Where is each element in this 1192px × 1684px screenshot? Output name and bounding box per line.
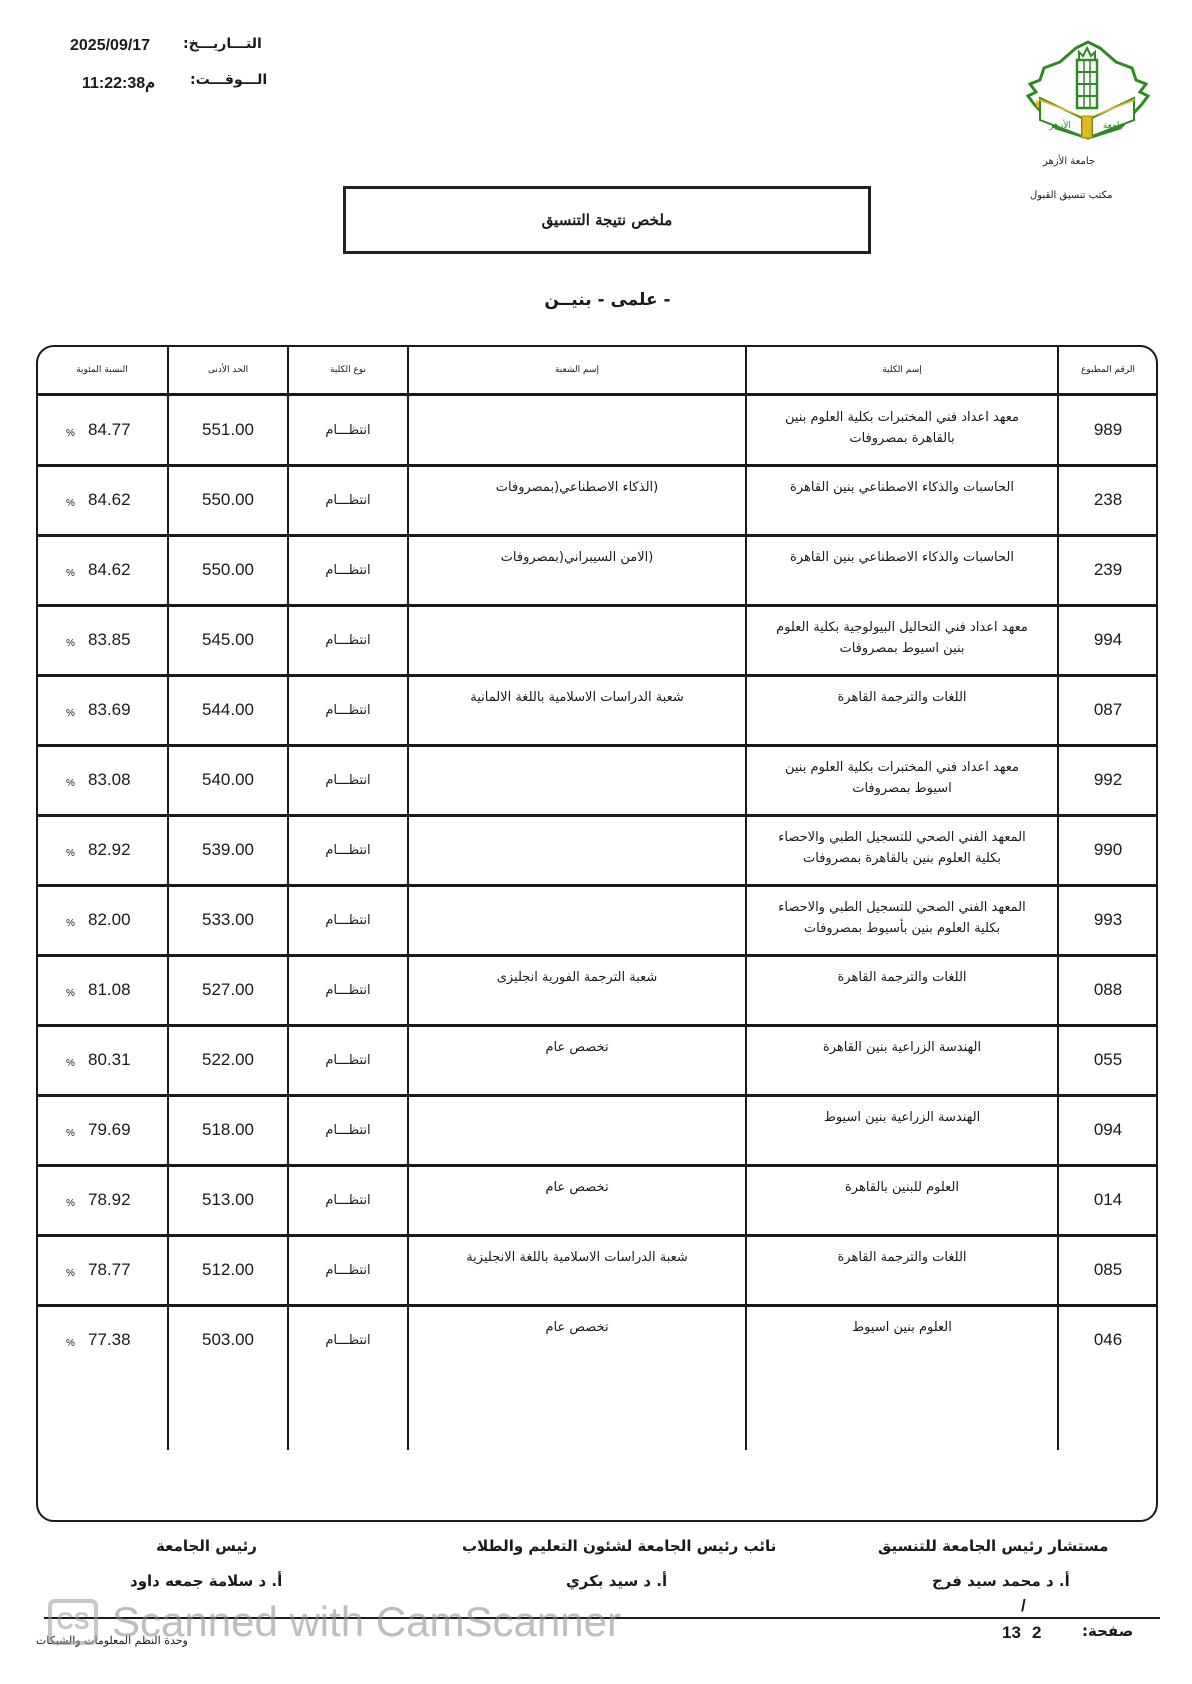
cell-type: انتظـــام [288, 605, 408, 675]
cell-percent: % 83.69 [36, 675, 168, 745]
table-row: 992 معهد اعداد فني المختبرات بكلية العلو… [36, 745, 1158, 815]
cell-code: 055 [1058, 1025, 1158, 1095]
logo-text-left: الأزهر [1048, 119, 1071, 131]
cell-percent: % 83.08 [36, 745, 168, 815]
cell-min-score: 550.00 [168, 465, 288, 535]
page-current: 2 [1032, 1623, 1041, 1643]
percent-value: 84.62 [88, 560, 131, 580]
cell-college: الحاسبات والذكاء الاصطناعي بنين القاهرة [746, 535, 1058, 605]
cell-min-score: 527.00 [168, 955, 288, 1025]
percent-sign: % [66, 1198, 88, 1209]
cell-code: 087 [1058, 675, 1158, 745]
percent-sign: % [66, 848, 88, 859]
cell-min-score: 503.00 [168, 1305, 288, 1375]
percent-sign: % [66, 988, 88, 999]
cell-code: 094 [1058, 1095, 1158, 1165]
cell-min-score: 512.00 [168, 1235, 288, 1305]
cell-percent: % 81.08 [36, 955, 168, 1025]
cell-division [408, 605, 746, 675]
cell-college: اللغات والترجمة القاهرة [746, 1235, 1058, 1305]
cell-type: انتظـــام [288, 1165, 408, 1235]
cell-code: 989 [1058, 395, 1158, 465]
cell-code: 088 [1058, 955, 1158, 1025]
title-box: ملخص نتيجة التنسيق [343, 186, 871, 254]
table-row: 094 الهندسة الزراعية بنين اسيوط انتظـــا… [36, 1095, 1158, 1165]
subtitle: - علمى - بنيــن [0, 290, 1192, 310]
percent-value: 82.92 [88, 840, 131, 860]
percent-value: 83.85 [88, 630, 131, 650]
column-header-division: إسم الشعبة [408, 345, 746, 395]
cell-division [408, 395, 746, 465]
cell-college: معهد اعداد فني المختبرات بكلية العلوم بن… [746, 395, 1058, 465]
org-name: جامعة الأزهر [1043, 156, 1095, 167]
percent-sign: % [66, 918, 88, 929]
percent-sign: % [66, 428, 88, 439]
cell-division: (الامن السيبراني(بمصروفات [408, 535, 746, 605]
cell-college: الهندسة الزراعية بنين القاهرة [746, 1025, 1058, 1095]
table-row: 994 معهد اعداد فني التحاليل البيولوجية ب… [36, 605, 1158, 675]
percent-value: 77.38 [88, 1330, 131, 1350]
cell-college: العلوم بنين اسيوط [746, 1305, 1058, 1375]
percent-value: 79.69 [88, 1120, 131, 1140]
signature-title: مستشار رئيس الجامعة للتنسيق [878, 1537, 1108, 1555]
cell-type: انتظـــام [288, 1305, 408, 1375]
table-row: 088 اللغات والترجمة القاهرة شعبة الترجمة… [36, 955, 1158, 1025]
cell-type: انتظـــام [288, 885, 408, 955]
signature-title: نائب رئيس الجامعة لشئون التعليم والطلاب [462, 1537, 776, 1555]
percent-sign: % [66, 708, 88, 719]
cell-division: شعبة الترجمة الفورية انجليزى [408, 955, 746, 1025]
table-row: 989 معهد اعداد فني المختبرات بكلية العلو… [36, 395, 1158, 465]
page-label: صفحة: [1082, 1622, 1133, 1640]
column-header-percent: النسبة المئوية [36, 345, 168, 395]
cell-type: انتظـــام [288, 745, 408, 815]
percent-sign: % [66, 568, 88, 579]
cell-percent: % 80.31 [36, 1025, 168, 1095]
cell-min-score: 518.00 [168, 1095, 288, 1165]
percent-sign: % [66, 1058, 88, 1069]
watermark-text: Scanned with CamScanner [112, 1598, 621, 1646]
time-label: الـــوقـــت: [190, 72, 267, 88]
table-row: 046 العلوم بنين اسيوط تخصص عام انتظـــام… [36, 1305, 1158, 1375]
percent-sign: % [66, 498, 88, 509]
logo-text-right: جامعة [1103, 121, 1125, 131]
signature-name: أ. د سيد بكري [566, 1572, 667, 1590]
table-row: 239 الحاسبات والذكاء الاصطناعي بنين القا… [36, 535, 1158, 605]
footer-slash: / [1021, 1596, 1026, 1616]
cell-min-score: 522.00 [168, 1025, 288, 1095]
cell-college: اللغات والترجمة القاهرة [746, 675, 1058, 745]
cell-percent: % 82.92 [36, 815, 168, 885]
cell-percent: % 84.62 [36, 465, 168, 535]
cell-percent: % 79.69 [36, 1095, 168, 1165]
cell-percent: % 82.00 [36, 885, 168, 955]
percent-value: 83.08 [88, 770, 131, 790]
signature-title: رئيس الجامعة [156, 1537, 257, 1555]
cell-type: انتظـــام [288, 465, 408, 535]
time-value: م11:22:38 [82, 73, 155, 93]
percent-value: 83.69 [88, 700, 131, 720]
cell-college: الهندسة الزراعية بنين اسيوط [746, 1095, 1058, 1165]
cell-min-score: 545.00 [168, 605, 288, 675]
percent-value: 84.62 [88, 490, 131, 510]
percent-sign: % [66, 638, 88, 649]
cell-division: (الذكاء الاصطناعي(بمصروفات [408, 465, 746, 535]
cell-college: اللغات والترجمة القاهرة [746, 955, 1058, 1025]
cell-code: 990 [1058, 815, 1158, 885]
table-row: 238 الحاسبات والذكاء الاصطناعي بنين القا… [36, 465, 1158, 535]
table-row: 014 العلوم للبنين بالقاهرة تخصص عام انتظ… [36, 1165, 1158, 1235]
cell-college: المعهد الفني الصحي للتسجيل الطبي والاحصا… [746, 885, 1058, 955]
table-row: 085 اللغات والترجمة القاهرة شعبة الدراسا… [36, 1235, 1158, 1305]
cell-division [408, 745, 746, 815]
percent-value: 78.92 [88, 1190, 131, 1210]
cell-percent: % 83.85 [36, 605, 168, 675]
cell-division: شعبة الدراسات الاسلامية باللغة الانجليزي… [408, 1235, 746, 1305]
cell-code: 085 [1058, 1235, 1158, 1305]
cell-type: انتظـــام [288, 535, 408, 605]
percent-value: 78.77 [88, 1260, 131, 1280]
camscanner-watermark: CS Scanned with CamScanner [48, 1598, 621, 1646]
percent-value: 80.31 [88, 1050, 131, 1070]
cell-type: انتظـــام [288, 1095, 408, 1165]
cell-min-score: 544.00 [168, 675, 288, 745]
cell-percent: % 78.92 [36, 1165, 168, 1235]
cell-division: شعبة الدراسات الاسلامية باللغة الالمانية [408, 675, 746, 745]
cell-code: 993 [1058, 885, 1158, 955]
percent-sign: % [66, 1268, 88, 1279]
cell-code: 994 [1058, 605, 1158, 675]
cell-type: انتظـــام [288, 1235, 408, 1305]
percent-sign: % [66, 1128, 88, 1139]
percent-value: 81.08 [88, 980, 131, 1000]
al-azhar-logo-icon: الأزهر جامعة [1022, 38, 1152, 143]
cell-code: 046 [1058, 1305, 1158, 1375]
page-total: 13 [1002, 1623, 1021, 1643]
column-header-college: إسم الكلية [746, 345, 1058, 395]
cell-min-score: 539.00 [168, 815, 288, 885]
cell-min-score: 550.00 [168, 535, 288, 605]
cell-college: معهد اعداد فني المختبرات بكلية العلوم بن… [746, 745, 1058, 815]
table-row: 055 الهندسة الزراعية بنين القاهرة تخصص ع… [36, 1025, 1158, 1095]
cell-college: معهد اعداد فني التحاليل البيولوجية بكلية… [746, 605, 1058, 675]
percent-sign: % [66, 1338, 88, 1349]
cell-code: 992 [1058, 745, 1158, 815]
cell-division [408, 815, 746, 885]
cell-type: انتظـــام [288, 1025, 408, 1095]
page-title: ملخص نتيجة التنسيق [542, 211, 673, 229]
cell-type: انتظـــام [288, 395, 408, 465]
cell-min-score: 513.00 [168, 1165, 288, 1235]
table-row: 990 المعهد الفني الصحي للتسجيل الطبي وال… [36, 815, 1158, 885]
cell-percent: % 78.77 [36, 1235, 168, 1305]
cell-college: المعهد الفني الصحي للتسجيل الطبي والاحصا… [746, 815, 1058, 885]
cell-division: تخصص عام [408, 1025, 746, 1095]
cell-college: العلوم للبنين بالقاهرة [746, 1165, 1058, 1235]
cell-division: تخصص عام [408, 1305, 746, 1375]
cell-min-score: 551.00 [168, 395, 288, 465]
cell-code: 238 [1058, 465, 1158, 535]
cell-type: انتظـــام [288, 955, 408, 1025]
table-header-row: الرقم المطبوع إسم الكلية إسم الشعبة نوع … [36, 345, 1158, 395]
signature-name: أ. د سلامة جمعه داود [130, 1572, 282, 1590]
cell-percent: % 84.62 [36, 535, 168, 605]
cell-type: انتظـــام [288, 815, 408, 885]
percent-value: 82.00 [88, 910, 131, 930]
cell-division: تخصص عام [408, 1165, 746, 1235]
cell-type: انتظـــام [288, 675, 408, 745]
cell-min-score: 540.00 [168, 745, 288, 815]
cell-division [408, 1095, 746, 1165]
cell-percent: % 77.38 [36, 1305, 168, 1375]
cell-percent: % 84.77 [36, 395, 168, 465]
table-row: 993 المعهد الفني الصحي للتسجيل الطبي وال… [36, 885, 1158, 955]
signature-name: أ. د محمد سيد فرج [932, 1572, 1070, 1590]
cell-division [408, 885, 746, 955]
date-value: 2025/09/17 [70, 37, 150, 55]
cell-code: 239 [1058, 535, 1158, 605]
office-name: مكتب تنسيق القبول [1030, 190, 1113, 201]
date-label: التـــاريـــخ: [183, 36, 262, 52]
column-header-type: نوع الكلية [288, 345, 408, 395]
cell-code: 014 [1058, 1165, 1158, 1235]
cell-college: الحاسبات والذكاء الاصطناعي بنين القاهرة [746, 465, 1058, 535]
cell-min-score: 533.00 [168, 885, 288, 955]
table-row: 087 اللغات والترجمة القاهرة شعبة الدراسا… [36, 675, 1158, 745]
percent-value: 84.77 [88, 420, 131, 440]
column-header-code: الرقم المطبوع [1058, 345, 1158, 395]
column-header-min-score: الحد الأدنى [168, 345, 288, 395]
percent-sign: % [66, 778, 88, 789]
camscanner-logo-icon: CS [48, 1599, 98, 1645]
